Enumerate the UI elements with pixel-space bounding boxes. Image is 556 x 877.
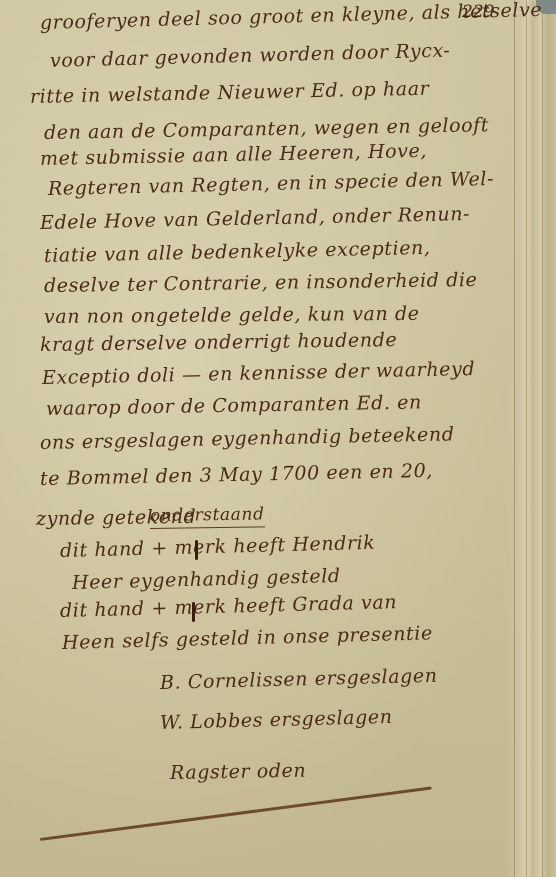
handwritten-line: tiatie van alle bedenkelyke exceptien,: [44, 237, 431, 267]
signature-line: B. Cornelissen ersgeslagen: [160, 665, 438, 694]
handwritten-line: ons ersgeslagen eygenhandig beteekend: [40, 423, 455, 454]
handwritten-line: voor daar gevonden worden door Rycx-: [50, 40, 451, 72]
handwritten-line: Regteren van Regten, en in specie den We…: [48, 168, 494, 200]
handwritten-line: met submissie aan alle Heeren, Hove,: [40, 140, 427, 170]
page-edge-line: [542, 0, 543, 877]
signature-line: Ragster oden: [170, 760, 307, 784]
signature-line: W. Lobbes ersgeslagen: [160, 706, 393, 734]
handwritten-line: Edele Hove van Gelderland, onder Renun-: [40, 203, 471, 234]
handwritten-line: dit hand + merk heeft Grada van: [60, 591, 398, 622]
underlined-word: onderstaand: [150, 504, 265, 529]
handwritten-line: te Bommel den 3 May 1700 een en 20,: [40, 460, 433, 490]
handwritten-line: van non ongetelde gelde, kun van de: [44, 303, 420, 328]
book-binding-gutter: [504, 0, 556, 877]
handwritten-line: dit hand + merk heeft Hendrik: [60, 532, 376, 562]
handwritten-line: Heen selfs gesteld in onse presentie: [62, 622, 433, 654]
handwritten-line: ritte in welstande Nieuwer Ed. op haar: [30, 78, 430, 108]
closing-pen-stroke: [40, 786, 432, 841]
handwritten-line: deselve ter Contrarie, en insonderheid d…: [44, 269, 478, 297]
handwritten-line: grooferyen deel soo groot en kleyne, als…: [40, 0, 543, 34]
handwritten-line: Heer eygenhandig gesteld: [72, 565, 341, 594]
handwritten-line: Exceptio doli — en kennisse der waarheyd: [42, 358, 476, 389]
hand-mark-cross: [195, 540, 198, 560]
document-page: 229 grooferyen deel soo groot en kleyne,…: [0, 0, 556, 877]
handwritten-line: waarop door de Comparanten Ed. en: [46, 391, 422, 420]
page-edge-line: [514, 0, 515, 877]
handwritten-line: kragt derselve onderrigt houdende: [40, 329, 398, 356]
page-edge-line: [526, 0, 527, 877]
hand-mark-cross: [192, 602, 195, 622]
